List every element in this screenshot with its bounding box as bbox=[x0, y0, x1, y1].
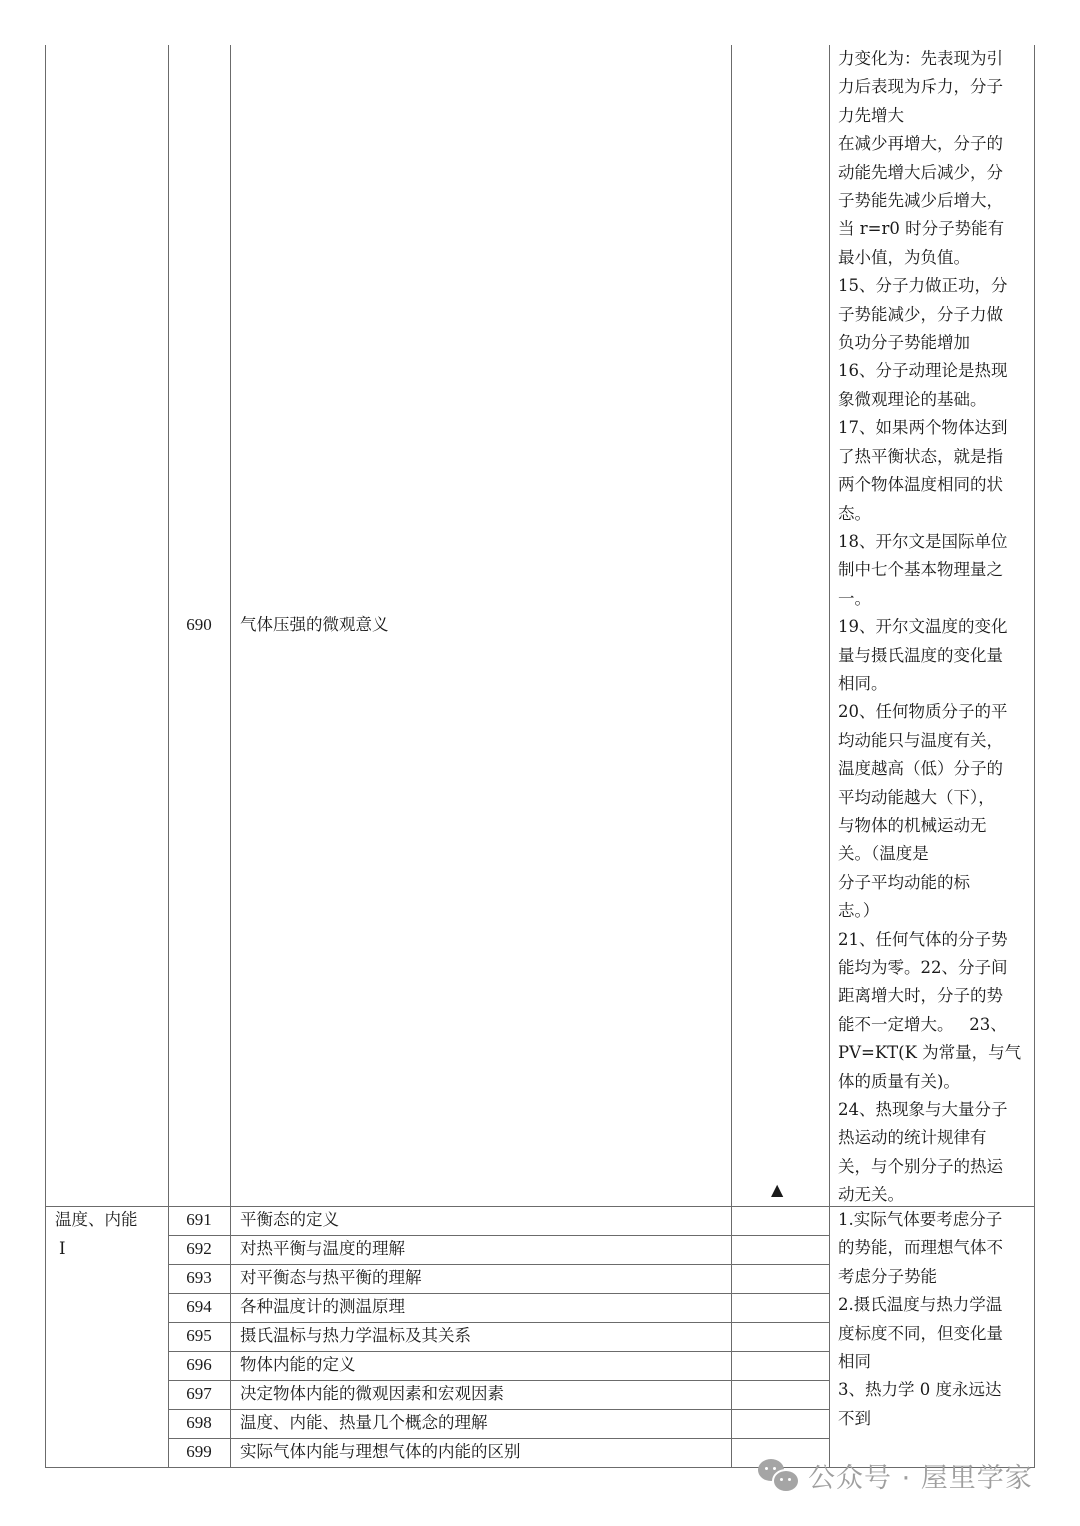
table-row-693: 693 对平衡态与热平衡的理解 bbox=[168, 1264, 831, 1293]
row-topic: 决定物体内能的微观因素和宏观因素 bbox=[240, 1380, 504, 1409]
note-line: 21、任何气体的分子势 bbox=[838, 926, 1028, 954]
note-line: 不到 bbox=[838, 1405, 1028, 1433]
row-topic: 对平衡态与热平衡的理解 bbox=[240, 1264, 422, 1293]
note-line: 16、分子动理论是热现 bbox=[838, 357, 1028, 385]
row-number: 699 bbox=[168, 1438, 230, 1467]
note-line: 热运动的统计规律有 bbox=[838, 1124, 1028, 1152]
row-number: 695 bbox=[168, 1322, 230, 1351]
row-topic: 实际气体内能与理想气体的内能的区别 bbox=[240, 1438, 521, 1467]
row-number: 692 bbox=[168, 1235, 230, 1264]
row-number: 697 bbox=[168, 1380, 230, 1409]
note-line: 关。（温度是 bbox=[838, 840, 1028, 868]
note-line: 与物体的机械运动无 bbox=[838, 812, 1028, 840]
note-line: 距离增大时，分子的势 bbox=[838, 982, 1028, 1010]
watermark-text: 公众号 · 屋里学家 bbox=[808, 1456, 1033, 1495]
note-line: 均动能只与温度有关， bbox=[838, 727, 1028, 755]
note-line: 象微观理论的基础。 bbox=[838, 386, 1028, 414]
watermark: 公众号 · 屋里学家 bbox=[758, 1456, 1033, 1495]
note-line: 子势能先减少后增大， bbox=[838, 187, 1028, 215]
note-line: 了热平衡状态，就是指 bbox=[838, 443, 1028, 471]
note-line: 20、任何物质分子的平 bbox=[838, 698, 1028, 726]
note-line: 度标度不同，但变化量 bbox=[838, 1320, 1028, 1348]
table-row-697: 697 决定物体内能的微观因素和宏观因素 bbox=[168, 1380, 831, 1409]
note-line: 17、如果两个物体达到 bbox=[838, 414, 1028, 442]
note-line: 当 r=r0 时分子势能有 bbox=[838, 215, 1028, 243]
category-level: Ⅰ bbox=[59, 1235, 66, 1264]
wechat-icon bbox=[758, 1459, 798, 1493]
row-number: 693 bbox=[168, 1264, 230, 1293]
note-line: 力变化为：先表现为引 bbox=[838, 45, 1028, 73]
note-line: 能不一定增大。 23、 bbox=[838, 1011, 1028, 1039]
note-line: 考虑分子势能 bbox=[838, 1263, 1028, 1291]
note-line: 温度越高（低）分子的 bbox=[838, 755, 1028, 783]
note-line: 一。 bbox=[838, 585, 1028, 613]
row-number: 691 bbox=[168, 1206, 230, 1235]
row-topic: 气体压强的微观意义 bbox=[240, 611, 389, 640]
note-line: 18、开尔文是国际单位 bbox=[838, 528, 1028, 556]
row-topic: 物体内能的定义 bbox=[240, 1351, 356, 1380]
table-row-692: 692 对热平衡与温度的理解 bbox=[168, 1235, 831, 1264]
note-line: 2.摄氏温度与热力学温 bbox=[838, 1291, 1028, 1319]
table-row-696: 696 物体内能的定义 bbox=[168, 1351, 831, 1380]
row-topic: 温度、内能、热量几个概念的理解 bbox=[240, 1409, 488, 1438]
note-line: 负功分子势能增加 bbox=[838, 329, 1028, 357]
row-topic: 对热平衡与温度的理解 bbox=[240, 1235, 405, 1264]
note-line: 分子平均动能的标 bbox=[838, 869, 1028, 897]
row-number: 696 bbox=[168, 1351, 230, 1380]
note-line: 相同。 bbox=[838, 670, 1028, 698]
note-line: 制中七个基本物理量之 bbox=[838, 556, 1028, 584]
notes-cell-upper: 力变化为：先表现为引 力后表现为斥力，分子 力先增大 在减少再增大，分子的 动能… bbox=[838, 45, 1028, 1210]
table-row-694: 694 各种温度计的测温原理 bbox=[168, 1293, 831, 1322]
note-line: PV=KT(K 为常量，与气 bbox=[838, 1039, 1028, 1067]
note-line: 关，与个别分子的热运 bbox=[838, 1153, 1028, 1181]
note-line: 体的质量有关)。 bbox=[838, 1068, 1028, 1096]
note-line: 平均动能越大（下）， bbox=[838, 784, 1028, 812]
note-line: 1.实际气体要考虑分子 bbox=[838, 1206, 1028, 1234]
note-line: 动能先增大后减少，分 bbox=[838, 159, 1028, 187]
note-line: 力后表现为斥力，分子 bbox=[838, 73, 1028, 101]
note-line: 志。） bbox=[838, 897, 1028, 925]
note-line: 态。 bbox=[838, 500, 1028, 528]
note-line: 两个物体温度相同的状 bbox=[838, 471, 1028, 499]
note-line: 相同 bbox=[838, 1348, 1028, 1376]
note-line: 力先增大 bbox=[838, 102, 1028, 130]
row-topic: 摄氏温标与热力学温标及其关系 bbox=[240, 1322, 471, 1351]
table-row-698: 698 温度、内能、热量几个概念的理解 bbox=[168, 1409, 831, 1438]
note-line: 最小值，为负值。 bbox=[838, 244, 1028, 272]
note-line: 15、分子力做正功，分 bbox=[838, 272, 1028, 300]
note-line: 3、热力学 0 度永远达 bbox=[838, 1376, 1028, 1404]
note-line: 子势能减少，分子力做 bbox=[838, 301, 1028, 329]
note-line: 24、热现象与大量分子 bbox=[838, 1096, 1028, 1124]
notes-cell-lower: 1.实际气体要考虑分子 的势能，而理想气体不 考虑分子势能 2.摄氏温度与热力学… bbox=[838, 1206, 1028, 1433]
row-number: 690 bbox=[168, 611, 230, 640]
triangle-marker-icon: ▲ bbox=[771, 1178, 783, 1202]
table-row-695: 695 摄氏温标与热力学温标及其关系 bbox=[168, 1322, 831, 1351]
table-row-699: 699 实际气体内能与理想气体的内能的区别 bbox=[168, 1438, 831, 1467]
note-line: 在减少再增大，分子的 bbox=[838, 130, 1028, 158]
row-topic: 平衡态的定义 bbox=[240, 1206, 339, 1235]
note-line: 的势能，而理想气体不 bbox=[838, 1234, 1028, 1262]
note-line: 量与摄氏温度的变化量 bbox=[838, 642, 1028, 670]
table-row-691: 691 平衡态的定义 bbox=[168, 1206, 831, 1235]
row-number: 694 bbox=[168, 1293, 230, 1322]
row-number: 698 bbox=[168, 1409, 230, 1438]
note-line: 能均为零。22、分子间 bbox=[838, 954, 1028, 982]
col-border-left bbox=[45, 45, 46, 1468]
note-line: 19、开尔文温度的变化 bbox=[838, 613, 1028, 641]
row-topic: 各种温度计的测温原理 bbox=[240, 1293, 405, 1322]
category-label: 温度、内能 bbox=[55, 1206, 138, 1235]
col-border-right bbox=[1034, 45, 1035, 1468]
